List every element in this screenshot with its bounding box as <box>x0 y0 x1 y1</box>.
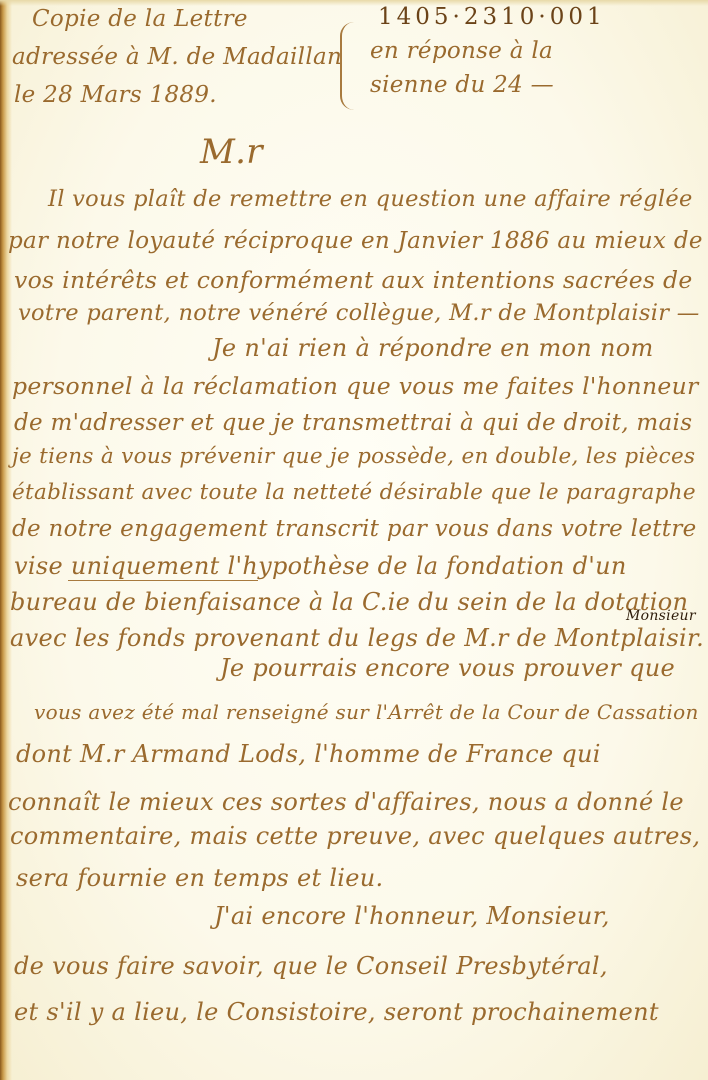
header-line-1: Copie de la Lettre <box>32 6 248 32</box>
p2-line-1: Je n'ai rien à répondre en mon nom <box>212 334 654 362</box>
reference-number: 1405·2310·001 <box>378 4 606 30</box>
p4-line-3: et s'il y a lieu, le Consistoire, seront… <box>14 998 659 1026</box>
p3-line-5: commentaire, mais cette preuve, avec que… <box>10 822 700 850</box>
p1-line-2: par notre loyauté réciproque en Janvier … <box>8 228 703 254</box>
p1-line-1: Il vous plaît de remettre en question un… <box>48 186 693 212</box>
p2-line-8: bureau de bienfaisance à la C.ie du sein… <box>10 588 688 616</box>
p2-line-7: vise uniquement l'hypothèse de la fondat… <box>14 552 627 580</box>
p2-line-3: de m'adresser et que je transmettrai à q… <box>14 410 692 436</box>
header-note-line-2: sienne du 24 — <box>370 72 554 98</box>
header-line-3-date: le 28 Mars 1889. <box>14 82 217 108</box>
superscript-insertion: Monsieur <box>626 608 696 624</box>
p1-line-4: votre parent, notre vénéré collègue, M.r… <box>18 300 700 326</box>
header-brace <box>340 22 360 110</box>
p2-line-5: établissant avec toute la netteté désira… <box>12 480 696 505</box>
p2-line-4: je tiens à vous prévenir que je possède,… <box>12 444 695 469</box>
underline-uniquement <box>68 580 258 581</box>
letter-page: Copie de la Lettre adressée à M. de Mada… <box>0 0 708 1080</box>
p3-line-6: sera fournie en temps et lieu. <box>16 864 383 892</box>
p3-line-3: dont M.r Armand Lods, l'homme de France … <box>16 740 601 768</box>
header-note-line-1: en réponse à la <box>370 38 553 64</box>
p2-line-6: de notre engagement transcrit par vous d… <box>12 516 697 542</box>
p2-line-2: personnel à la réclamation que vous me f… <box>12 372 699 400</box>
p3-line-2: vous avez été mal renseigné sur l'Arrêt … <box>34 700 699 724</box>
p4-line-2: de vous faire savoir, que le Conseil Pre… <box>14 952 608 980</box>
page-edge-shadow <box>0 0 12 1080</box>
p3-line-4: connaît le mieux ces sortes d'affaires, … <box>8 788 684 816</box>
header-line-2: adressée à M. de Madaillan <box>12 44 342 70</box>
p2-line-9: avec les fonds provenant du legs de M.r … <box>10 624 704 652</box>
salutation: M.r <box>200 132 263 172</box>
p1-line-3: vos intérêts et conformément aux intenti… <box>14 266 693 294</box>
p3-line-1: Je pourrais encore vous prouver que <box>220 654 675 682</box>
p4-line-1: J'ai encore l'honneur, Monsieur, <box>214 902 610 930</box>
